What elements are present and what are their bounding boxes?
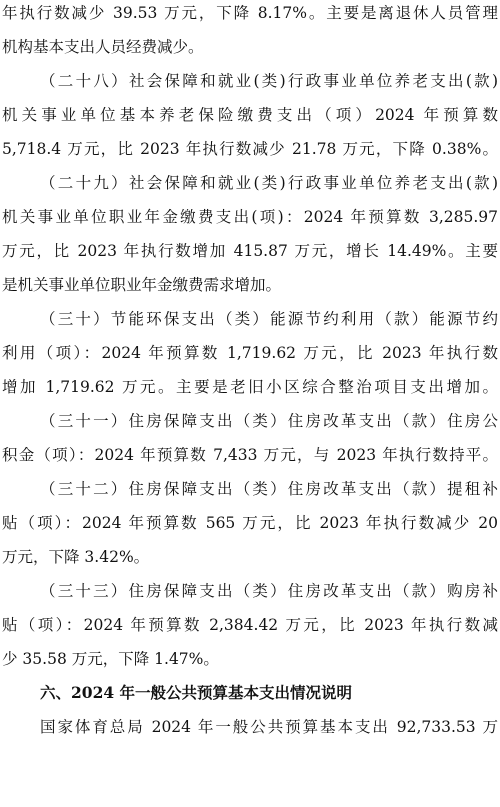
text-line: 是机关事业单位职业年金缴费需求增加。 (2, 268, 498, 302)
paragraph-30-start: （三十）节能环保支出（类）能源节约利用（款）能源节约 (40, 302, 498, 336)
paragraph-33-start: （三十三）住房保障支出（类）住房改革支出（款）购房补 (40, 574, 498, 608)
text-line: 贴（项）：2024 年预算数 2,384.42 万元，比 2023 年执行数减 (2, 608, 498, 642)
paragraph-29-start: （二十九）社会保障和就业(类)行政事业单位养老支出(款) (40, 166, 498, 200)
paragraph-31-start: （三十一）住房保障支出（类）住房改革支出（款）住房公 (40, 404, 498, 438)
paragraph-32-start: （三十二）住房保障支出（类）住房改革支出（款）提租补 (40, 472, 498, 506)
text-line: 积金（项）：2024 年预算数 7,433 万元，与 2023 年执行数持平。 (2, 438, 498, 472)
text-line: 万元，下降 3.42%。 (2, 540, 498, 574)
text-line: 增加 1,719.62 万元。主要是老旧小区综合整治项目支出增加。 (2, 370, 498, 404)
text-line: 机关事业单位基本养老保险缴费支出（项）2024 年预算数 (2, 98, 498, 132)
text-line: 5,718.4 万元，比 2023 年执行数减少 21.78 万元，下降 0.3… (2, 132, 498, 166)
section-heading: 六、2024 年一般公共预算基本支出情况说明 (40, 676, 498, 710)
text-line: 机构基本支出人员经费减少。 (2, 30, 498, 64)
text-line: 贴（项）：2024 年预算数 565 万元，比 2023 年执行数减少 20 (2, 506, 498, 540)
text-line: 机关事业单位职业年金缴费支出(项)：2024 年预算数 3,285.97 (2, 200, 498, 234)
text-line: 国家体育总局 2024 年一般公共预算基本支出 92,733.53 万 (40, 710, 498, 744)
text-line: 利用（项）：2024 年预算数 1,719.62 万元，比 2023 年执行数 (2, 336, 498, 370)
paragraph-28-start: （二十八）社会保障和就业(类)行政事业单位养老支出(款) (40, 64, 498, 98)
text-line: 年执行数减少 39.53 万元，下降 8.17%。主要是离退休人员管理 (2, 0, 498, 30)
text-line: 万元，比 2023 年执行数增加 415.87 万元，增长 14.49%。主要 (2, 234, 498, 268)
text-line: 少 35.58 万元，下降 1.47%。 (2, 642, 498, 676)
